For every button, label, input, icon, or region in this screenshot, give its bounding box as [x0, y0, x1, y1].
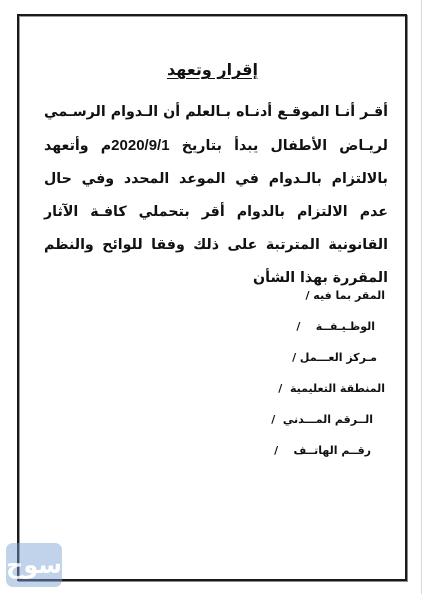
field-job-title: الوظـيـفــة /	[165, 315, 375, 346]
field-phone-number: رقــم الهاتــف /	[165, 439, 371, 472]
watermark-logo-icon: سوح	[6, 543, 62, 587]
watermark-text: سوح	[6, 551, 62, 579]
declaration-text-part2: م وأتعهد بالالتزام بالـدوام في الموعد ال…	[44, 138, 388, 286]
page-edge	[421, 0, 422, 594]
field-civil-id: الــرقم المـــدني /	[165, 408, 373, 439]
field-declarant-name: المقر بما فيه /	[165, 284, 385, 315]
document-title: إقرار وتعهد	[0, 60, 425, 79]
field-educational-region: المنطقة التعليمية /	[165, 377, 385, 408]
declaration-paragraph: أقـر أنـا الموقـع أدنـاه بـالعلم أن الـد…	[44, 96, 388, 295]
start-date: 2020/9/1	[111, 137, 169, 154]
field-work-center: مـركز العـــمل /	[165, 346, 377, 377]
signature-fields: المقر بما فيه / الوظـيـفــة / مـركز العـ…	[165, 284, 385, 472]
